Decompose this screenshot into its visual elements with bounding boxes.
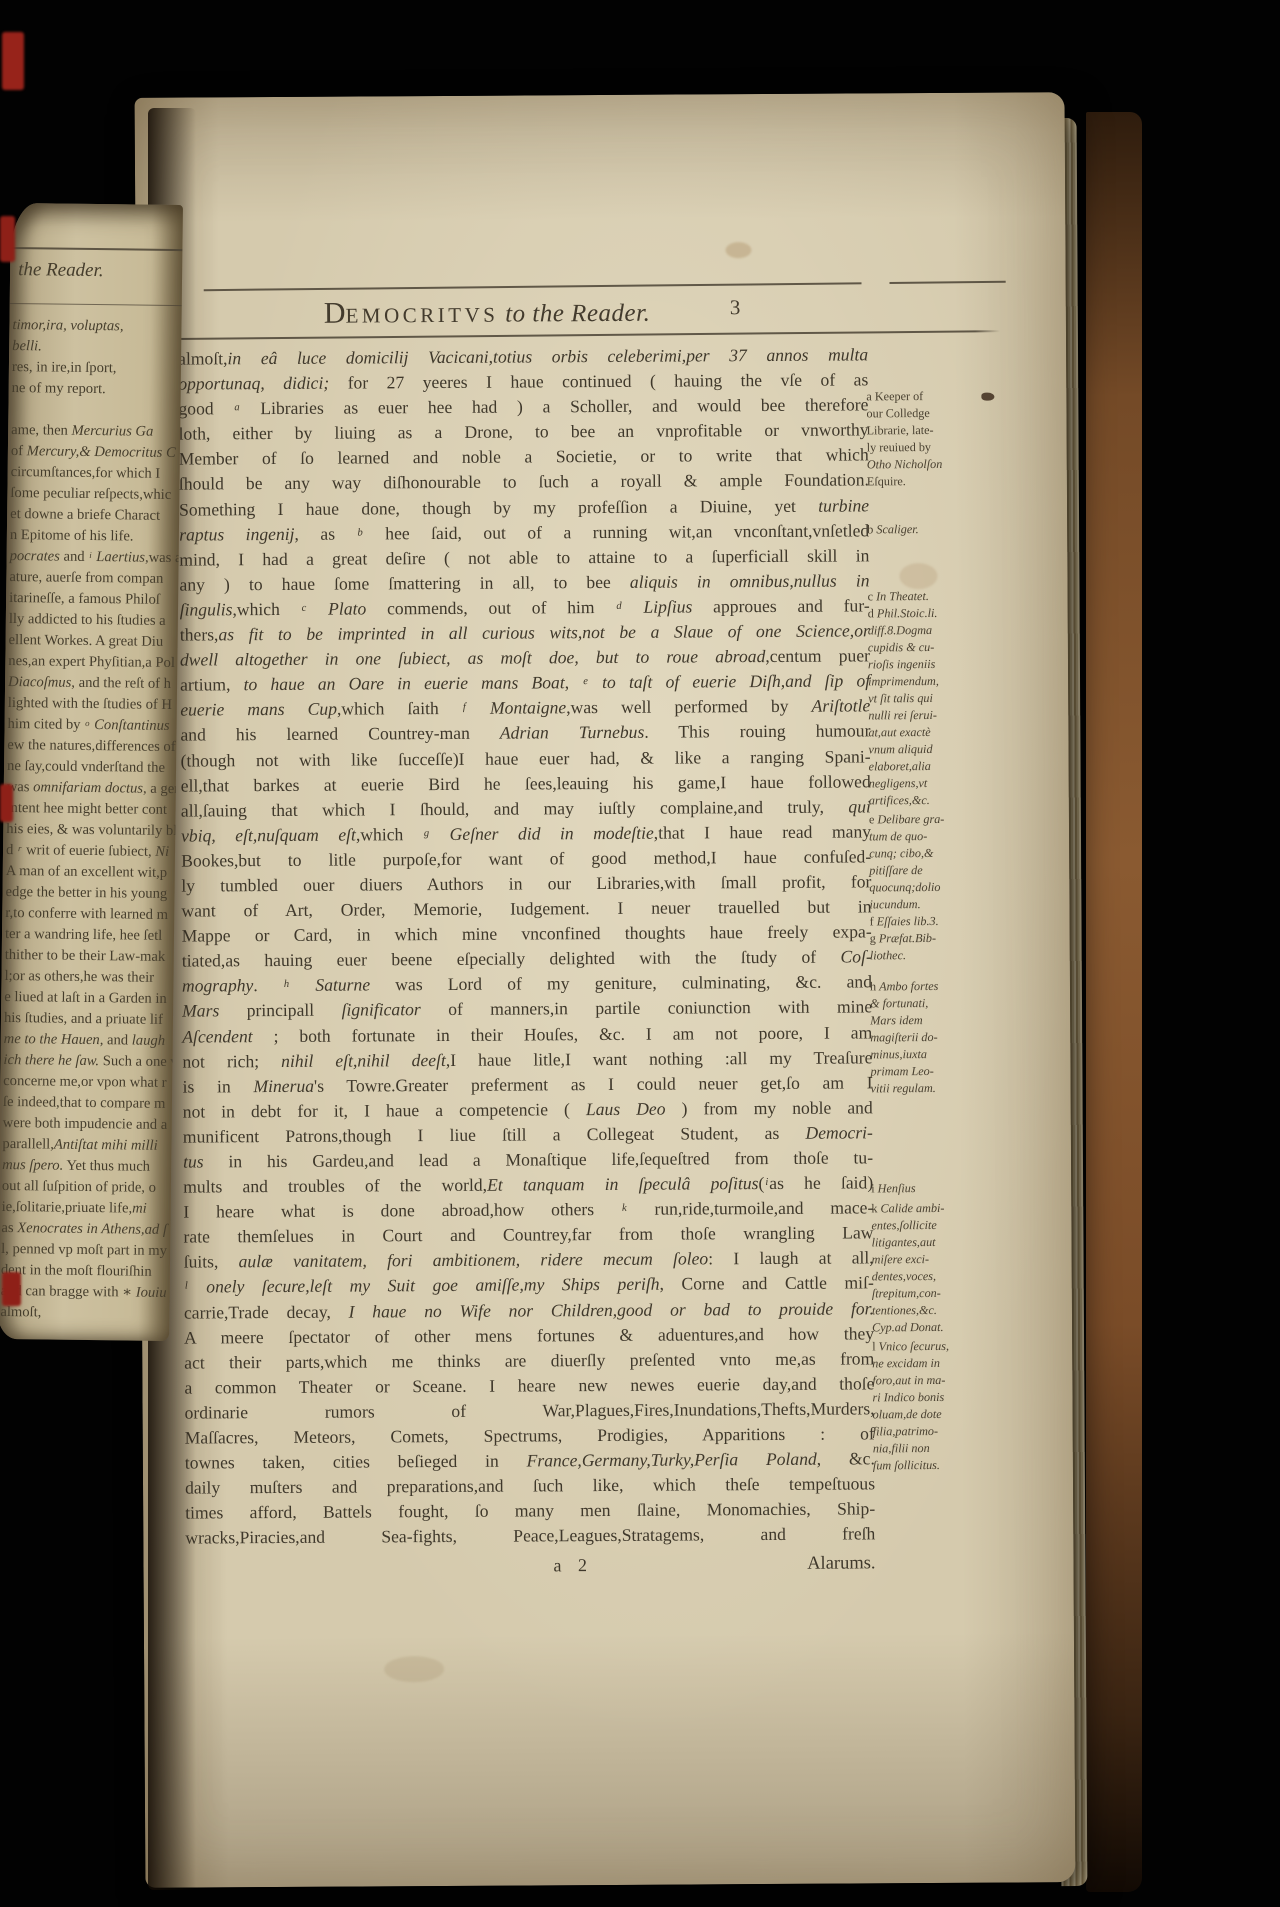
margin-note: k Calide ambi-entes,ſollicitelitigantes,… [871,1200,998,1337]
margin-note: f Eſſaies lib.3. [870,913,996,931]
text-line: ne ſay,could vnderſtand the [7,756,183,779]
text-line: primam Leo- [870,1063,996,1081]
text-line: ich there he ſaw. Such a one w [3,1050,183,1073]
text-line: tum de quo- [869,828,995,846]
foxing-stain [899,563,937,589]
text-line: ſum ſollicitus. [873,1457,999,1475]
text-line: nia,filii non [873,1440,999,1458]
text-line: Librarie, late- [867,422,993,440]
ink-fleck [981,393,994,401]
text-line: vt ſit talis qui [868,690,994,708]
text-line: dentes,voces, [872,1268,998,1286]
margin-note: a Keeper ofour ColledgeLibrarie, late-ly… [866,388,993,491]
text-line: minus,iuxta [870,1046,996,1064]
text-line: thither to be their Law-mak [5,945,183,968]
text-line: pocrates and i Laertius,was a l [9,546,182,569]
text-line: i Henſius [871,1180,997,1198]
left-header-rule [10,247,182,251]
text-line: rioſis ingeniis [868,656,994,674]
text-line: liothec. [870,947,996,965]
text-line [11,399,183,422]
text-line: itarineſſe, a famous Philoſ [9,588,183,611]
text-line: parallell,Antiſtat mihi milli [2,1134,183,1157]
text-line: ter a wandring life, hee ſetl [5,924,183,947]
text-line: pitiſſare de [869,862,995,880]
text-line: edge the better in his young [5,882,183,905]
text-line: b Scaliger. [867,521,993,539]
text-line: were both impudencie and a [3,1113,183,1136]
header-italic: to the Reader. [498,300,650,328]
left-header-rule-lower [10,303,182,306]
text-line: A meere ſpectator of other mens fortunes… [184,1321,874,1350]
spine-accent [0,216,15,262]
text-line: k Calide ambi- [871,1200,997,1218]
text-line: f Eſſaies lib.3. [870,913,996,931]
text-line: ly reuiued by [867,439,993,457]
foxing-stain [725,242,751,258]
text-line: mus ſpero. Yet thus much [2,1155,183,1178]
text-line: ne excidam in [872,1355,998,1373]
text-line: circumſtances,for which I [11,462,183,485]
text-line: ame, then Mercurius Ga [11,420,183,443]
spine-accent [2,1272,21,1306]
text-line: ſome peculiar reſpects,whic [10,483,183,506]
text-line: et downe a briefe Charact [10,504,183,527]
text-line: negligens,vt [869,775,995,793]
text-line: almoſt, [0,1302,183,1325]
text-line: res, in ire,in ſport, [12,357,183,380]
page-number: 3 [730,295,741,320]
text-line: Cyp.ad Donat. [872,1319,998,1337]
text-line: elaboret,alia [869,758,995,776]
text-line: miſere exci- [872,1251,998,1269]
text-line: lighted with the ſtudies of H [8,693,183,716]
text-line: diff.8.Dogma [868,622,994,640]
text-line: Something I haue done, though by my prof… [179,493,869,522]
margin-note: e Delibare gra-tum de quo-cunq; cibo,&pi… [869,811,996,914]
text-line: n Epitome of his life. [10,525,183,548]
text-line: intent hee might better cont [6,798,183,821]
main-text: almoſt,in eâ luce domicilij Vacicani,tot… [178,342,875,1551]
book-cover-edge [1086,112,1142,1892]
text-line: imprimendum, [868,673,994,691]
text-line: ne of my report. [12,378,183,401]
text-line: ie,ſolitarie,priuate life,mi [2,1197,183,1220]
spine-accent [0,784,13,822]
text-line: as Xenocrates in Athens,ad ſ [1,1218,183,1241]
text-line: litigantes,aut [871,1234,997,1252]
text-line: d r writ of euerie ſubiect, Ni [6,840,183,863]
text-line: tentiones,&c. [872,1302,998,1320]
text-line: Eſquire. [867,473,993,491]
text-line: Mars principall ſignificator of manners,… [182,995,872,1024]
spine-accent [2,32,24,90]
text-line: me to the Hauen, and laugh [4,1029,183,1052]
text-line: lly addicted to his ſtudies a [9,609,183,632]
footer-line: a 2 Alarums. [185,1553,875,1583]
text-line: ell,that barkes at euerie Bird he ſees,l… [181,769,871,798]
text-line: raptus ingenij, as b hee ſaid, out of a … [179,518,869,547]
text-line: filia,patrimo- [873,1423,999,1441]
text-line: iucundum. [869,896,995,914]
margin-note: i Henſius [871,1180,997,1198]
margin-note: h Ambo fortes& fortunati,Mars idemmagiſt… [870,978,997,1098]
text-line: magiſterii do- [870,1029,996,1047]
text-line: nes,an expert Phyſitian,a Pol [8,651,183,674]
text-line: e Delibare gra- [869,811,995,829]
text-line: entes,ſollicite [871,1217,997,1235]
text-line: and can bragge with ∗ Iouiu [1,1281,183,1304]
foxing-stain [384,1656,444,1682]
text-line: belli. [12,336,183,359]
text-line: vnum aliquid [868,741,994,759]
header-rule-top [204,281,1006,291]
text-line: l;or as others,he was their [4,966,183,989]
text-line: l Vnico ſecurus, [872,1338,998,1356]
margin-note: d Phil.Stoic.li.diff.8.Dogmacupidis & cu… [868,605,995,810]
text-line: vitii regulam. [871,1080,997,1098]
text-line: ſe indeed,that to compare m [3,1092,183,1115]
text-line: Aſcendent ; both fortunate in their Houſ… [182,1020,872,1049]
text-line: carrie,Trade decay, I haue no Wife nor C… [184,1296,874,1325]
text-line: Diacoſmus, and the reſt of h [8,672,183,695]
text-line: l, penned vp moſt part in my [1,1239,183,1262]
text-line: Otho Nicholſon [867,456,993,474]
text-line: e liued at laſt in a Garden in [4,987,183,1010]
text-line: cupidis & cu- [868,639,994,657]
text-line: l onely ſecure,leſt my Suit goe amiſſe,m… [184,1271,874,1300]
left-page-header: the Reader. [18,259,104,282]
margin-note: l Vnico ſecurus,ne excidam inforo,aut in… [872,1338,999,1475]
text-line: not rich; nihil eſt,nihil deeſt,I haue l… [182,1045,872,1074]
text-line: concerne me,or vpon what r [3,1071,183,1094]
text-line: of Mercury,& Democritus C [11,441,183,464]
text-line: ri Indico bonis [872,1389,998,1407]
catchword: Alarums. [807,1553,875,1574]
text-line: A man of an excellent wit,p [6,861,183,884]
text-line: and his learned Countrey-man Adrian Turn… [180,719,870,748]
header-caps: EMOCRITVS [345,303,498,328]
text-line: ature, auerſe from compan [9,567,183,590]
header-rule-bottom [176,330,1000,340]
text-line: Mars idem [870,1012,996,1030]
text-line: foro,aut in ma- [872,1372,998,1390]
text-line: ſhould be any way diſhonourable to ſuch … [179,468,869,497]
text-line: & fortunati, [870,995,996,1013]
text-line: him cited by o Conſtantinus [7,714,182,737]
text-line: a Keeper of [866,388,992,406]
text-line: his ſtudies, and a priuate lif [4,1008,183,1031]
text-line: oluam,de dote [873,1406,999,1424]
text-line: dent in the moſt flouriſhin [1,1260,183,1283]
text-line: ew the natures,differences of [7,735,183,758]
text-line: d Phil.Stoic.li. [868,605,994,623]
text-line: artifices,&c. [869,792,995,810]
signature-mark: a 2 [553,1555,593,1576]
text-line: h Ambo fortes [870,978,996,996]
text-line: quocunq;dolio [869,879,995,897]
text-line: r,to conferre with learned m [5,903,183,926]
text-line: all,ſauing that which I ſhould, and may … [181,794,871,823]
page-header-title: DEMOCRITVS to the Reader. [324,295,651,331]
left-page-text: timor,ira, voluptas,belli.res, in ire,in… [0,315,183,1325]
text-line: ellent Workes. A great Diu [8,630,182,653]
text-line: cunq; cibo,& [869,845,995,863]
right-page: DEMOCRITVS to the Reader. 3 almoſt,in eâ… [135,92,1076,1888]
header-initial: D [324,297,346,330]
text-line: was omnifariam doctus, a gen [7,777,183,800]
margin-note: c In Theatet. [868,588,994,606]
text-line: timor,ira, voluptas, [12,315,183,338]
left-page: the Reader. timor,ira, voluptas,belli.re… [0,203,183,1341]
text-line: (though not with like ſucceſſe)I haue eu… [181,744,871,773]
text-line: out all ſuſpition of pride, o [2,1176,183,1199]
text-line: at,aut exactè [868,724,994,742]
text-line: ſtrepitum,con- [872,1285,998,1303]
text-line: our Colledge [866,405,992,423]
margin-note: g Præfat.Bib-liothec. [870,930,996,965]
text-line: wracks,Piracies,and Sea-fights, Peace,Le… [185,1522,875,1551]
text-line: nulli rei ſerui- [868,707,994,725]
book-photo: DEMOCRITVS to the Reader. 3 almoſt,in eâ… [0,0,1280,1907]
text-line: c In Theatet. [868,588,994,606]
text-line: his eies, & was voluntarily bli [6,819,183,842]
text-line: g Præfat.Bib- [870,930,996,948]
margin-note: b Scaliger. [867,521,993,539]
